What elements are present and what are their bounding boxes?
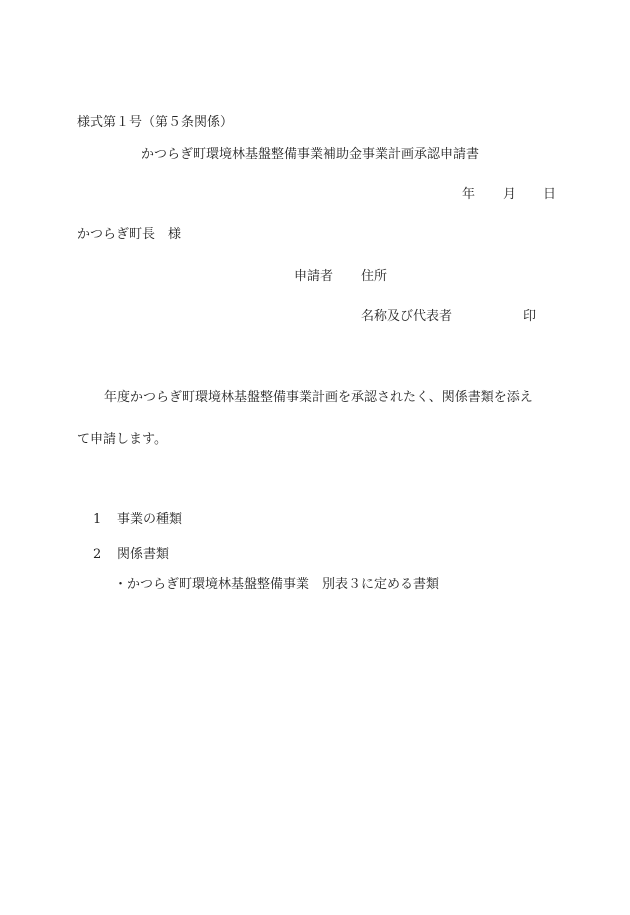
item-label: 関係書類 bbox=[117, 547, 169, 563]
addressee: かつらぎ町長 様 bbox=[77, 227, 181, 243]
date-month-label: 月 bbox=[503, 187, 516, 203]
body-line-2: て申請します。 bbox=[77, 432, 167, 448]
address-label: 住所 bbox=[361, 269, 387, 285]
form-number: 様式第１号（第５条関係） bbox=[77, 115, 233, 131]
body-line-1: 年度かつらぎ町環境林基盤整備事業計画を承認されたく、関係書類を添え bbox=[104, 390, 533, 406]
item-number: 1 bbox=[93, 512, 101, 528]
seal-label: 印 bbox=[523, 309, 536, 325]
date-year-label: 年 bbox=[462, 187, 475, 203]
item-number: 2 bbox=[93, 547, 101, 563]
applicant-label: 申請者 bbox=[294, 269, 333, 285]
document-title: かつらぎ町環境林基盤整備事業補助金事業計画承認申請書 bbox=[141, 147, 479, 163]
sub-item-text: かつらぎ町環境林基盤整備事業 別表３に定める書類 bbox=[127, 577, 439, 593]
item-label: 事業の種類 bbox=[117, 512, 182, 528]
date-day-label: 日 bbox=[543, 187, 556, 203]
bullet-icon: ・ bbox=[114, 577, 127, 593]
name-representative-label: 名称及び代表者 bbox=[361, 309, 452, 325]
